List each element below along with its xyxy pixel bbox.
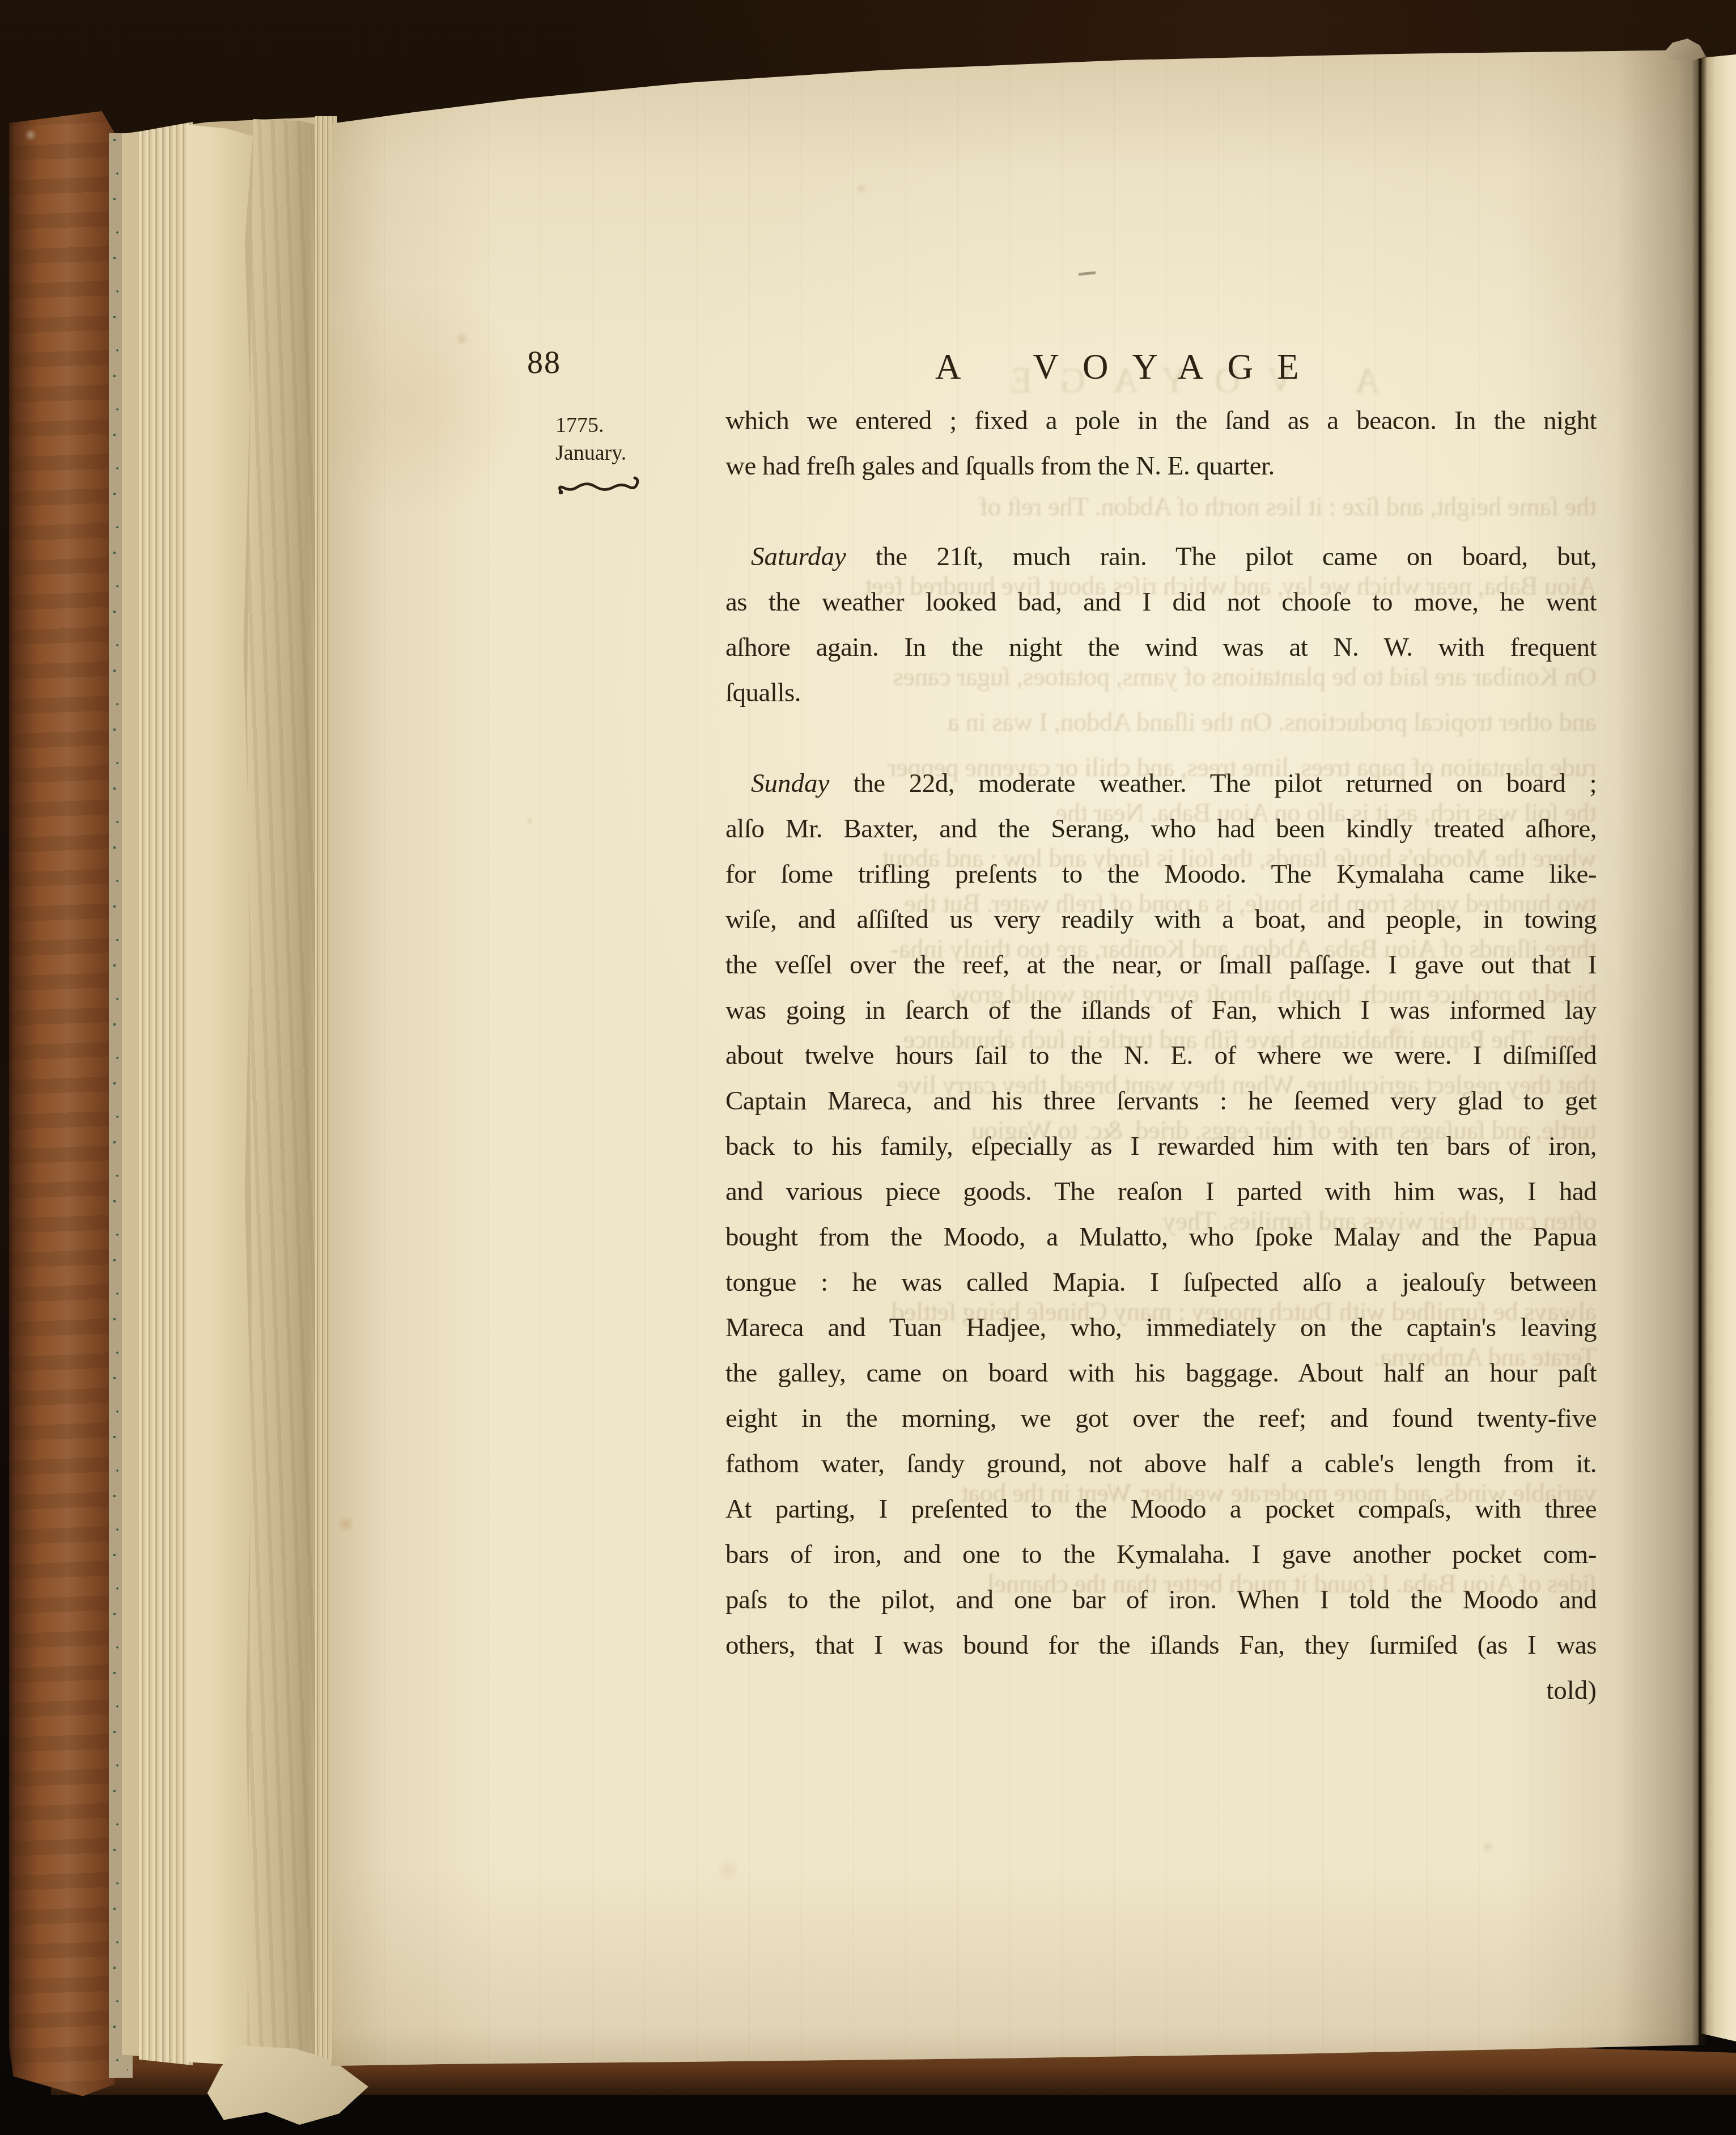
text-block: which we entered ; fixed a pole in the ſ… <box>725 398 1597 1668</box>
text-line: paſs to the pilot, and one bar of iron. … <box>725 1577 1597 1623</box>
paragraph: Sunday the 22d, moderate weather. The pi… <box>725 761 1597 1668</box>
text-line: Sunday the 22d, moderate weather. The pi… <box>725 761 1597 806</box>
torn-corner-fragment <box>1665 39 1706 61</box>
torn-page-strip <box>186 125 253 2066</box>
text-line: was going in ſearch of the iſlands of Fa… <box>725 988 1597 1033</box>
ink-smudge <box>1079 271 1096 276</box>
text-line: back to his family, eſpecially as I rewa… <box>725 1124 1597 1169</box>
margin-note-year: 1775. <box>555 412 680 439</box>
gutter-shadow <box>1692 52 1707 2045</box>
catchword: told) <box>725 1668 1597 1713</box>
paragraph: which we entered ; fixed a pole in the ſ… <box>725 398 1597 489</box>
text-line: which we entered ; fixed a pole in the ſ… <box>725 398 1597 443</box>
text-line: bought from the Moodo, a Mulatto, who ſp… <box>725 1214 1597 1260</box>
running-header-word: VOYAGE <box>1033 349 1323 385</box>
page-number: 88 <box>527 347 561 379</box>
text-line: ſqualls. <box>725 670 1597 715</box>
photo-background: A VOYAGE 88 A VOYAGE 1775. January. whic… <box>0 0 1736 2135</box>
adjacent-page-edge <box>1701 54 1736 2041</box>
margin-date-note: 1775. January. <box>555 412 680 505</box>
day-name-italic: Saturday <box>751 542 846 571</box>
text-line: alſo Mr. Baxter, and the Serang, who had… <box>725 806 1597 852</box>
leather-cover-edge <box>9 111 114 2098</box>
paragraph: Saturday the 21ſt, much rain. The pilot … <box>725 534 1597 715</box>
torn-page-strip <box>247 119 324 2067</box>
text-line: we had freſh gales and ſqualls from the … <box>725 443 1597 489</box>
text-line: fathom water, ſandy ground, not above ha… <box>725 1441 1597 1486</box>
text-line: Mareca and Tuan Hadjee, who, immediately… <box>725 1305 1597 1350</box>
text-line: tongue : he was called Mapia. I ſuſpecte… <box>725 1260 1597 1305</box>
text-line: aſhore again. In the night the wind was … <box>725 625 1597 670</box>
text-line: the galley, came on board with his bagga… <box>725 1350 1597 1396</box>
text-line: Captain Mareca, and his three ſervants :… <box>725 1078 1597 1124</box>
text-line: the veſſel over the reef, at the near, o… <box>725 942 1597 988</box>
text-line: wiſe, and aſſiſted us very readily with … <box>725 897 1597 942</box>
day-name-italic: Sunday <box>751 769 829 798</box>
margin-brace-flourish <box>557 473 642 497</box>
text-line: as the weather looked bad, and I did not… <box>725 579 1597 625</box>
margin-note-month: January. <box>555 439 680 467</box>
book-page: A VOYAGE 88 A VOYAGE 1775. January. whic… <box>332 50 1699 2068</box>
text-line: others, that I was bound for the iſlands… <box>725 1623 1597 1668</box>
running-header: A VOYAGE <box>935 349 1322 385</box>
text-line: Saturday the 21ſt, much rain. The pilot … <box>725 534 1597 579</box>
stacked-page-edges <box>139 122 193 2065</box>
text-line: for ſome trifling preſents to the Moodo.… <box>725 852 1597 897</box>
text-line: about twelve hours ſail to the N. E. of … <box>725 1033 1597 1078</box>
text-line: bars of iron, and one to the Kymalaha. I… <box>725 1532 1597 1577</box>
text-line: At parting, I preſented to the Moodo a p… <box>725 1486 1597 1532</box>
text-line: and various piece goods. The reaſon I pa… <box>725 1169 1597 1214</box>
text-line: eight in the morning, we got over the re… <box>725 1396 1597 1441</box>
running-header-word: A <box>935 349 985 385</box>
